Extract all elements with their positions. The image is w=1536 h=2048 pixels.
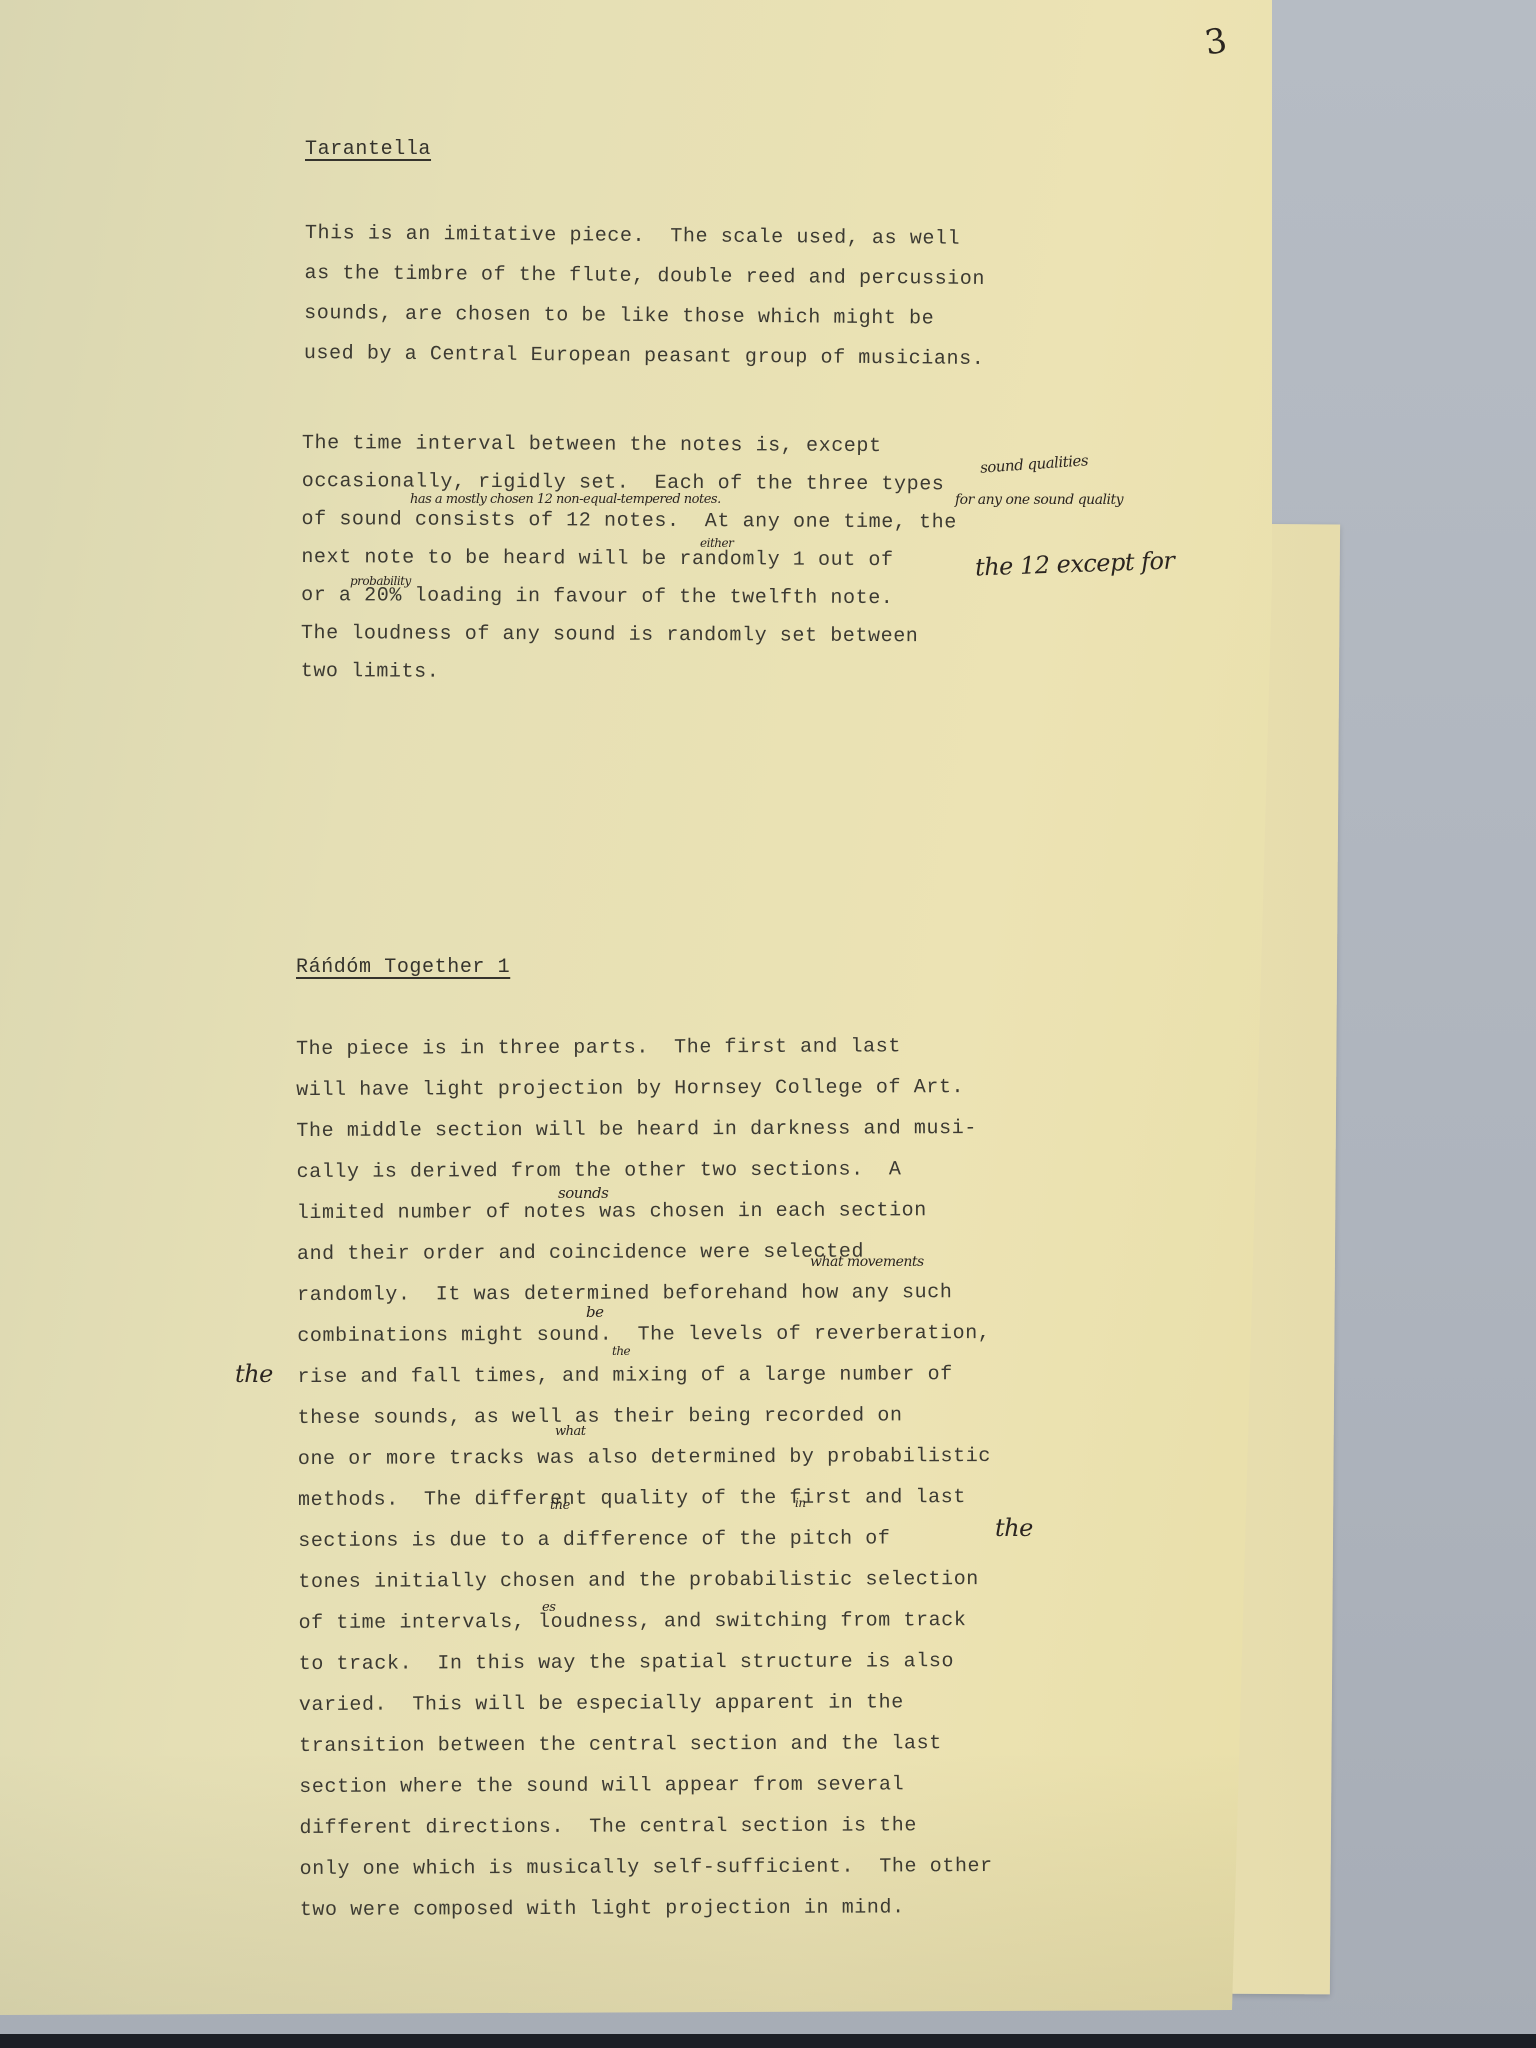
text-line: This is an imitative piece. The scale us… xyxy=(305,222,960,251)
text-line: and their order and coincidence were sel… xyxy=(297,1241,864,1266)
handwritten-annotation: probability xyxy=(350,574,411,588)
text-line: of sound consists of 12 notes. At any on… xyxy=(301,508,956,534)
handwritten-annotation: sound qualities xyxy=(980,451,1089,476)
handwritten-annotation: the xyxy=(550,1498,570,1513)
text-line: two limits. xyxy=(301,660,440,684)
page-number: 3 xyxy=(1202,20,1230,63)
handwritten-annotation: either xyxy=(700,536,733,550)
section-title-random-together: Ráńdóm Together 1 xyxy=(296,956,510,979)
handwritten-annotation: the 12 except for xyxy=(975,547,1175,582)
text-line: as the timbre of the flute, double reed … xyxy=(304,262,985,291)
text-line: methods. The different quality of the fi… xyxy=(298,1486,966,1512)
text-line: sounds, are chosen to be like those whic… xyxy=(304,302,934,330)
handwritten-annotation: be xyxy=(586,1303,603,1321)
handwritten-annotation: the xyxy=(235,1360,273,1388)
text-line: The middle section will be heard in dark… xyxy=(296,1117,977,1143)
text-line: of time intervals, loudness, and switchi… xyxy=(299,1609,967,1635)
typed-page: 3 Tarantella This is an imitative piece.… xyxy=(0,0,1272,2015)
handwritten-annotation: in xyxy=(795,1496,806,1510)
text-line: these sounds, as well as their being rec… xyxy=(298,1404,903,1430)
text-line: section where the sound will appear from… xyxy=(299,1773,904,1799)
text-line: The time interval between the notes is, … xyxy=(302,432,882,458)
text-line: sections is due to a difference of the p… xyxy=(298,1527,890,1553)
handwritten-annotation: what movements xyxy=(810,1254,924,1270)
random-together-paragraph: The piece is in three parts. The first a… xyxy=(296,1038,349,1590)
text-line: one or more tracks was also determined b… xyxy=(298,1445,991,1471)
handwritten-annotation: has a mostly chosen 12 non-equal-tempere… xyxy=(410,492,721,507)
text-line: combinations might sound. The levels of … xyxy=(297,1322,990,1348)
text-line: cally is derived from the other two sect… xyxy=(297,1158,902,1184)
tarantella-paragraph-2: The time interval between the notes is, … xyxy=(301,432,353,639)
handwritten-annotation: for any one sound quality xyxy=(955,492,1123,508)
text-line: different directions. The central sectio… xyxy=(299,1814,917,1840)
text-line: used by a Central European peasant group… xyxy=(304,342,985,371)
section-title-tarantella: Tarantella xyxy=(305,138,431,161)
text-line: varied. This will be especially apparent… xyxy=(299,1691,904,1717)
bottom-edge xyxy=(0,2034,1536,2048)
text-line: two were composed with light projection … xyxy=(300,1896,905,1922)
text-line: tones initially chosen and the probabili… xyxy=(298,1568,979,1594)
text-line: transition between the central section a… xyxy=(299,1732,942,1758)
text-line: only one which is musically self-suffici… xyxy=(300,1855,993,1881)
text-line: to track. In this way the spatial struct… xyxy=(299,1650,954,1676)
handwritten-annotation: what xyxy=(555,1424,585,1439)
text-line: next note to be heard will be randomly 1… xyxy=(301,546,893,572)
handwritten-annotation: the xyxy=(612,1344,630,1358)
handwritten-annotation: the xyxy=(995,1514,1033,1542)
handwritten-annotation: es xyxy=(542,1600,555,1615)
tarantella-paragraph-1: This is an imitative piece. The scale us… xyxy=(304,222,356,360)
text-line: rise and fall times, and mixing of a lar… xyxy=(297,1363,952,1389)
text-line: limited number of notes was chosen in ea… xyxy=(297,1199,927,1225)
text-line: randomly. It was determined beforehand h… xyxy=(297,1281,952,1307)
text-line: will have light projection by Hornsey Co… xyxy=(296,1076,964,1102)
text-line: The loudness of any sound is randomly se… xyxy=(301,622,919,648)
text-line: The piece is in three parts. The first a… xyxy=(296,1035,901,1061)
handwritten-annotation: sounds xyxy=(558,1184,608,1202)
